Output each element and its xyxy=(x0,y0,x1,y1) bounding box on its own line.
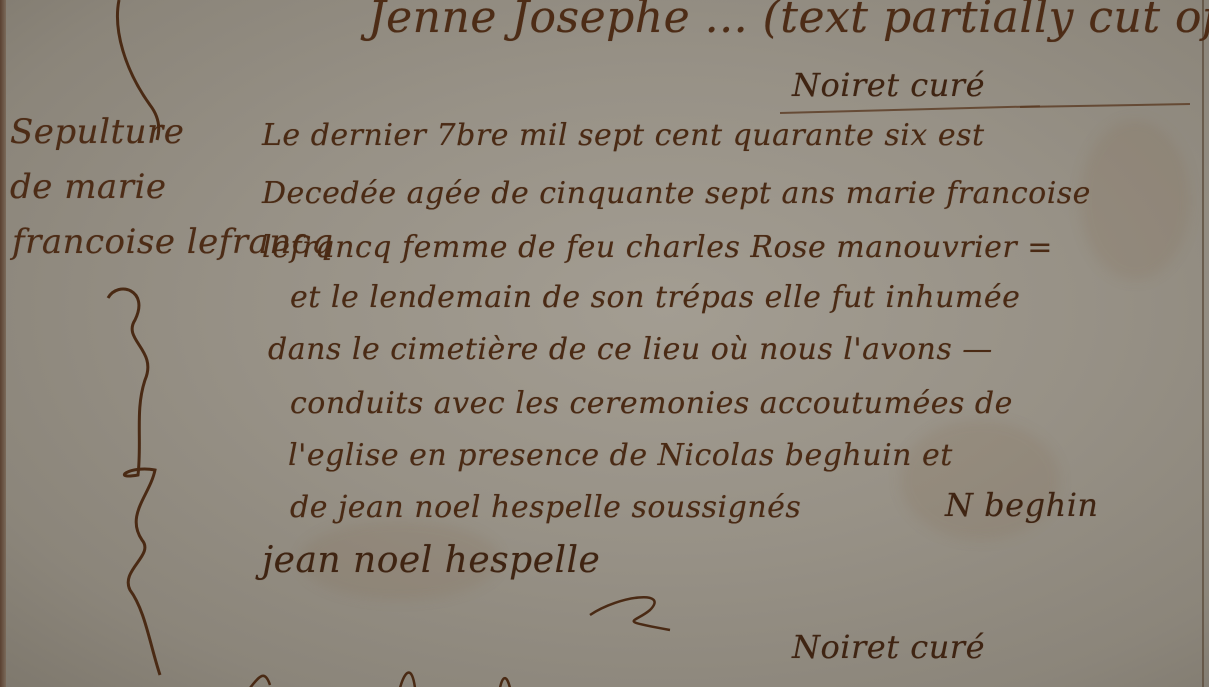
signature-rule xyxy=(1020,103,1190,108)
margin-bracket-wavy xyxy=(100,280,180,680)
entry-line: de jean noel hespelle soussignés xyxy=(290,490,801,525)
section-divider xyxy=(780,105,1040,114)
previous-entry-name: Jenne Josephe ... (text partially cut of… xyxy=(368,0,1209,43)
entry-line: Decedée agée de cinquante sept ans marie… xyxy=(262,176,1091,211)
entry-line: dans le cimetière de ce lieu où nous l'a… xyxy=(268,332,993,367)
margin-label-line: Sepulture xyxy=(10,112,184,152)
witness-signature-hespelle: jean noel hespelle xyxy=(262,540,600,581)
entry-line: et le lendemain de son trépas elle fut i… xyxy=(290,280,1020,315)
entry-line: lefrancq femme de feu charles Rose manou… xyxy=(262,230,1053,265)
signature-flourish xyxy=(520,585,720,635)
entry-line: conduits avec les ceremonies accoutumées… xyxy=(290,386,1013,421)
next-entry-strokes xyxy=(150,660,550,687)
previous-priest-signature: Noiret curé xyxy=(792,66,985,104)
right-margin-rule xyxy=(1202,0,1204,687)
entry-line: Le dernier 7bre mil sept cent quarante s… xyxy=(262,118,985,153)
register-page: Jenne Josephe ... (text partially cut of… xyxy=(0,0,1209,687)
witness-signature-beghin: N beghin xyxy=(945,486,1099,524)
priest-signature: Noiret curé xyxy=(792,628,985,666)
margin-label-line: de marie xyxy=(10,167,166,207)
page-binding-edge xyxy=(0,0,6,687)
paper-stain xyxy=(1080,120,1190,280)
entry-line: l'eglise en presence de Nicolas beghuin … xyxy=(288,438,953,473)
